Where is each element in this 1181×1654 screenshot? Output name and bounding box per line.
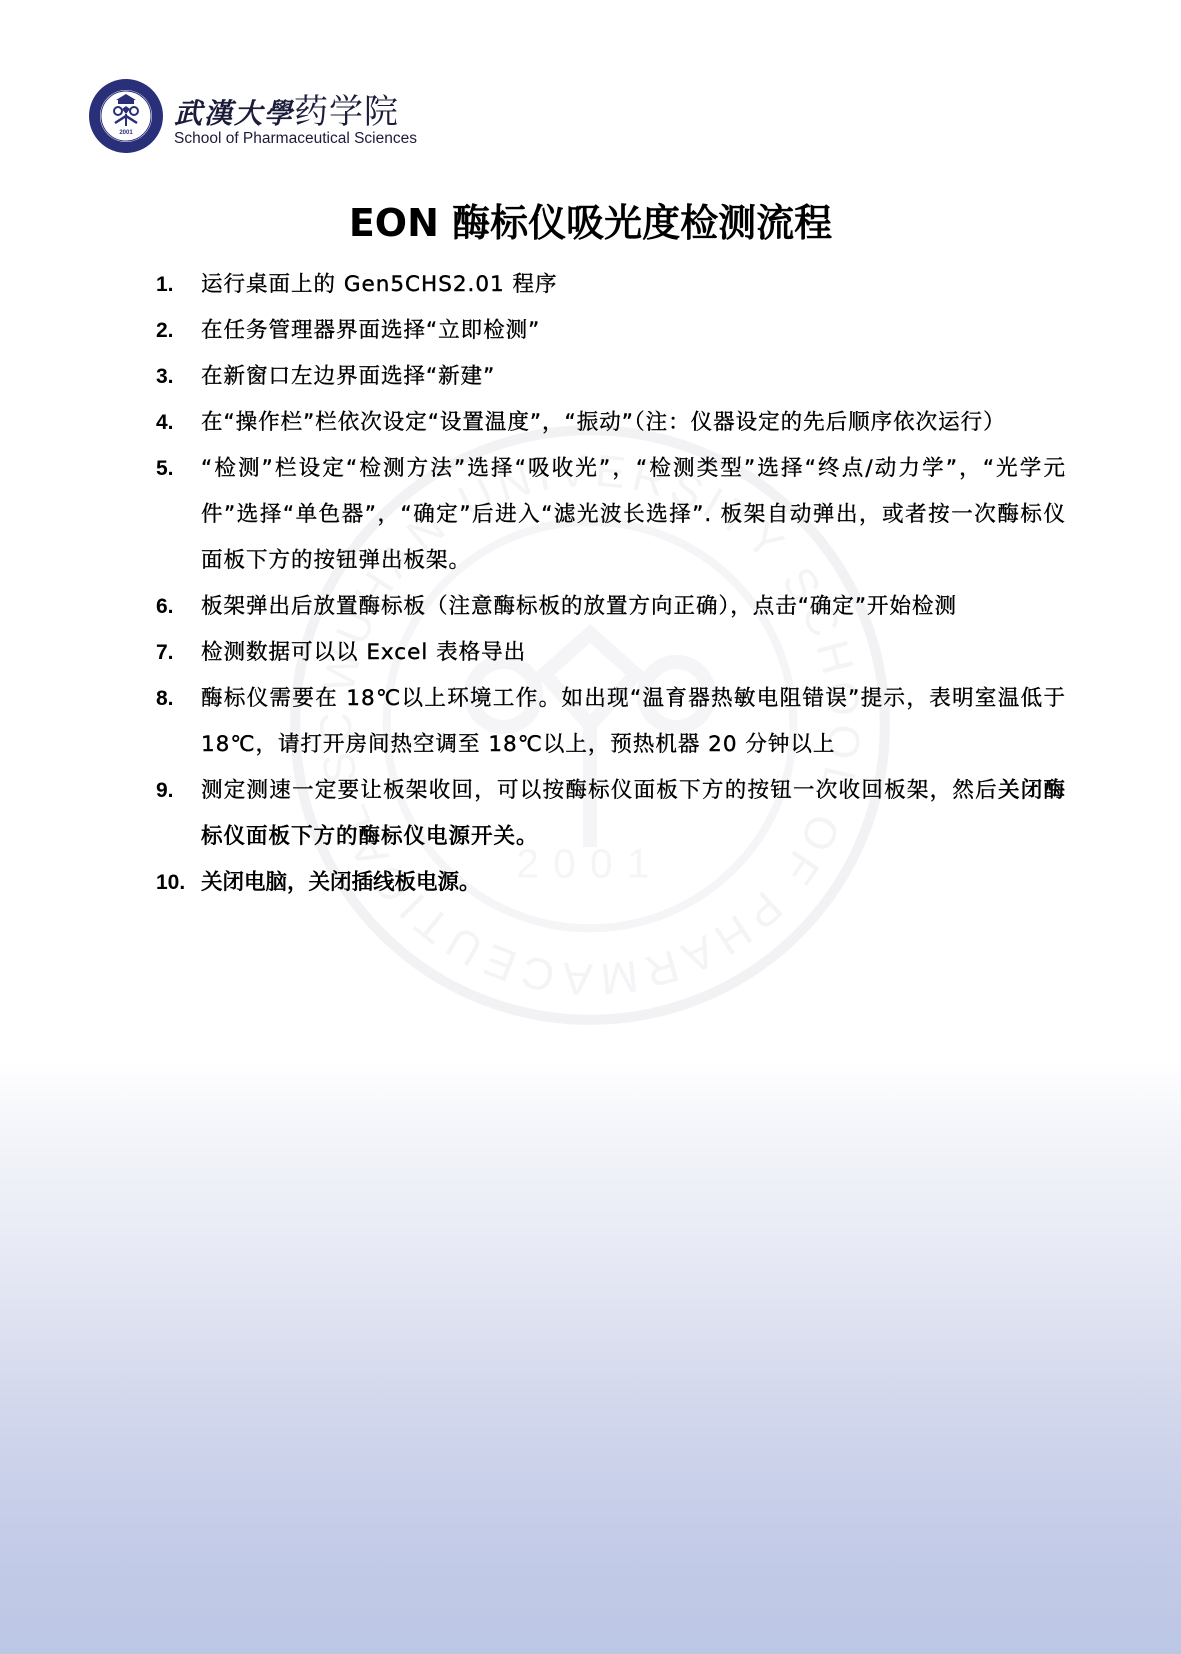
step-number: 2.: [156, 308, 201, 354]
step-item: 4. 在“操作栏”栏依次设定“设置温度”，“振动”（注：仪器设定的先后顺序依次运…: [156, 400, 1066, 446]
step-item: 5. “检测”栏设定“检测方法”选择“吸收光”，“检测类型”选择“终点/动力学”…: [156, 446, 1066, 584]
step-number: 8.: [156, 676, 201, 768]
step-number: 1.: [156, 262, 201, 308]
step-number: 4.: [156, 400, 201, 446]
step-item: 1. 运行桌面上的 Gen5CHS2.01 程序: [156, 262, 1066, 308]
step-text: 运行桌面上的 Gen5CHS2.01 程序: [201, 262, 1066, 308]
step-text: 检测数据可以以 Excel 表格导出: [201, 630, 1066, 676]
school-logo-text: 武漢大學 药学院 School of Pharmaceutical Scienc…: [174, 84, 417, 148]
step-text: 在“操作栏”栏依次设定“设置温度”，“振动”（注：仪器设定的先后顺序依次运行）: [201, 400, 1066, 446]
step-number: 3.: [156, 354, 201, 400]
step-text: 酶标仪需要在 18℃以上环境工作。如出现“温育器热敏电阻错误”提示，表明室温低于…: [201, 676, 1066, 768]
step-item: 3. 在新窗口左边界面选择“新建”: [156, 354, 1066, 400]
step-item: 9. 测定测速一定要让板架收回，可以按酶标仪面板下方的按钮一次收回板架，然后关闭…: [156, 768, 1066, 860]
step-item: 8. 酶标仪需要在 18℃以上环境工作。如出现“温育器热敏电阻错误”提示，表明室…: [156, 676, 1066, 768]
step-text: 在新窗口左边界面选择“新建”: [201, 354, 1066, 400]
step-number: 7.: [156, 630, 201, 676]
step-item: 10. 关闭电脑，关闭插线板电源。: [156, 860, 1066, 906]
step-number: 5.: [156, 446, 201, 584]
document-title: EON 酶标仪吸光度检测流程: [0, 192, 1181, 247]
school-name-en: School of Pharmaceutical Sciences: [174, 130, 417, 148]
university-emblem-icon: 2001: [88, 78, 164, 154]
step-text: “检测”栏设定“检测方法”选择“吸收光”，“检测类型”选择“终点/动力学”，“光…: [201, 446, 1066, 584]
step-number: 10.: [156, 860, 201, 906]
step-number: 9.: [156, 768, 201, 860]
step-text: 板架弹出后放置酶标板（注意酶标板的放置方向正确），点击“确定”开始检测: [201, 584, 1066, 630]
school-name-cn: 武漢大學 药学院: [174, 84, 417, 128]
university-name-cn: 武漢大學: [174, 92, 294, 132]
school-header: 2001 武漢大學 药学院 School of Pharmaceutical S…: [88, 78, 417, 154]
step-text: 在任务管理器界面选择“立即检测”: [201, 308, 1066, 354]
school-name-cn-label: 药学院: [294, 84, 399, 133]
step-text: 测定测速一定要让板架收回，可以按酶标仪面板下方的按钮一次收回板架，然后关闭酶标仪…: [201, 768, 1066, 860]
step-item: 6. 板架弹出后放置酶标板（注意酶标板的放置方向正确），点击“确定”开始检测: [156, 584, 1066, 630]
step-item: 7. 检测数据可以以 Excel 表格导出: [156, 630, 1066, 676]
step-text: 关闭电脑，关闭插线板电源。: [201, 860, 1066, 906]
step-text-plain: 测定测速一定要让板架收回，可以按酶标仪面板下方的按钮一次收回板架，然后: [201, 778, 998, 803]
procedure-steps: 1. 运行桌面上的 Gen5CHS2.01 程序 2. 在任务管理器界面选择“立…: [156, 262, 1066, 906]
svg-text:2001: 2001: [119, 130, 133, 136]
step-number: 6.: [156, 584, 201, 630]
step-item: 2. 在任务管理器界面选择“立即检测”: [156, 308, 1066, 354]
